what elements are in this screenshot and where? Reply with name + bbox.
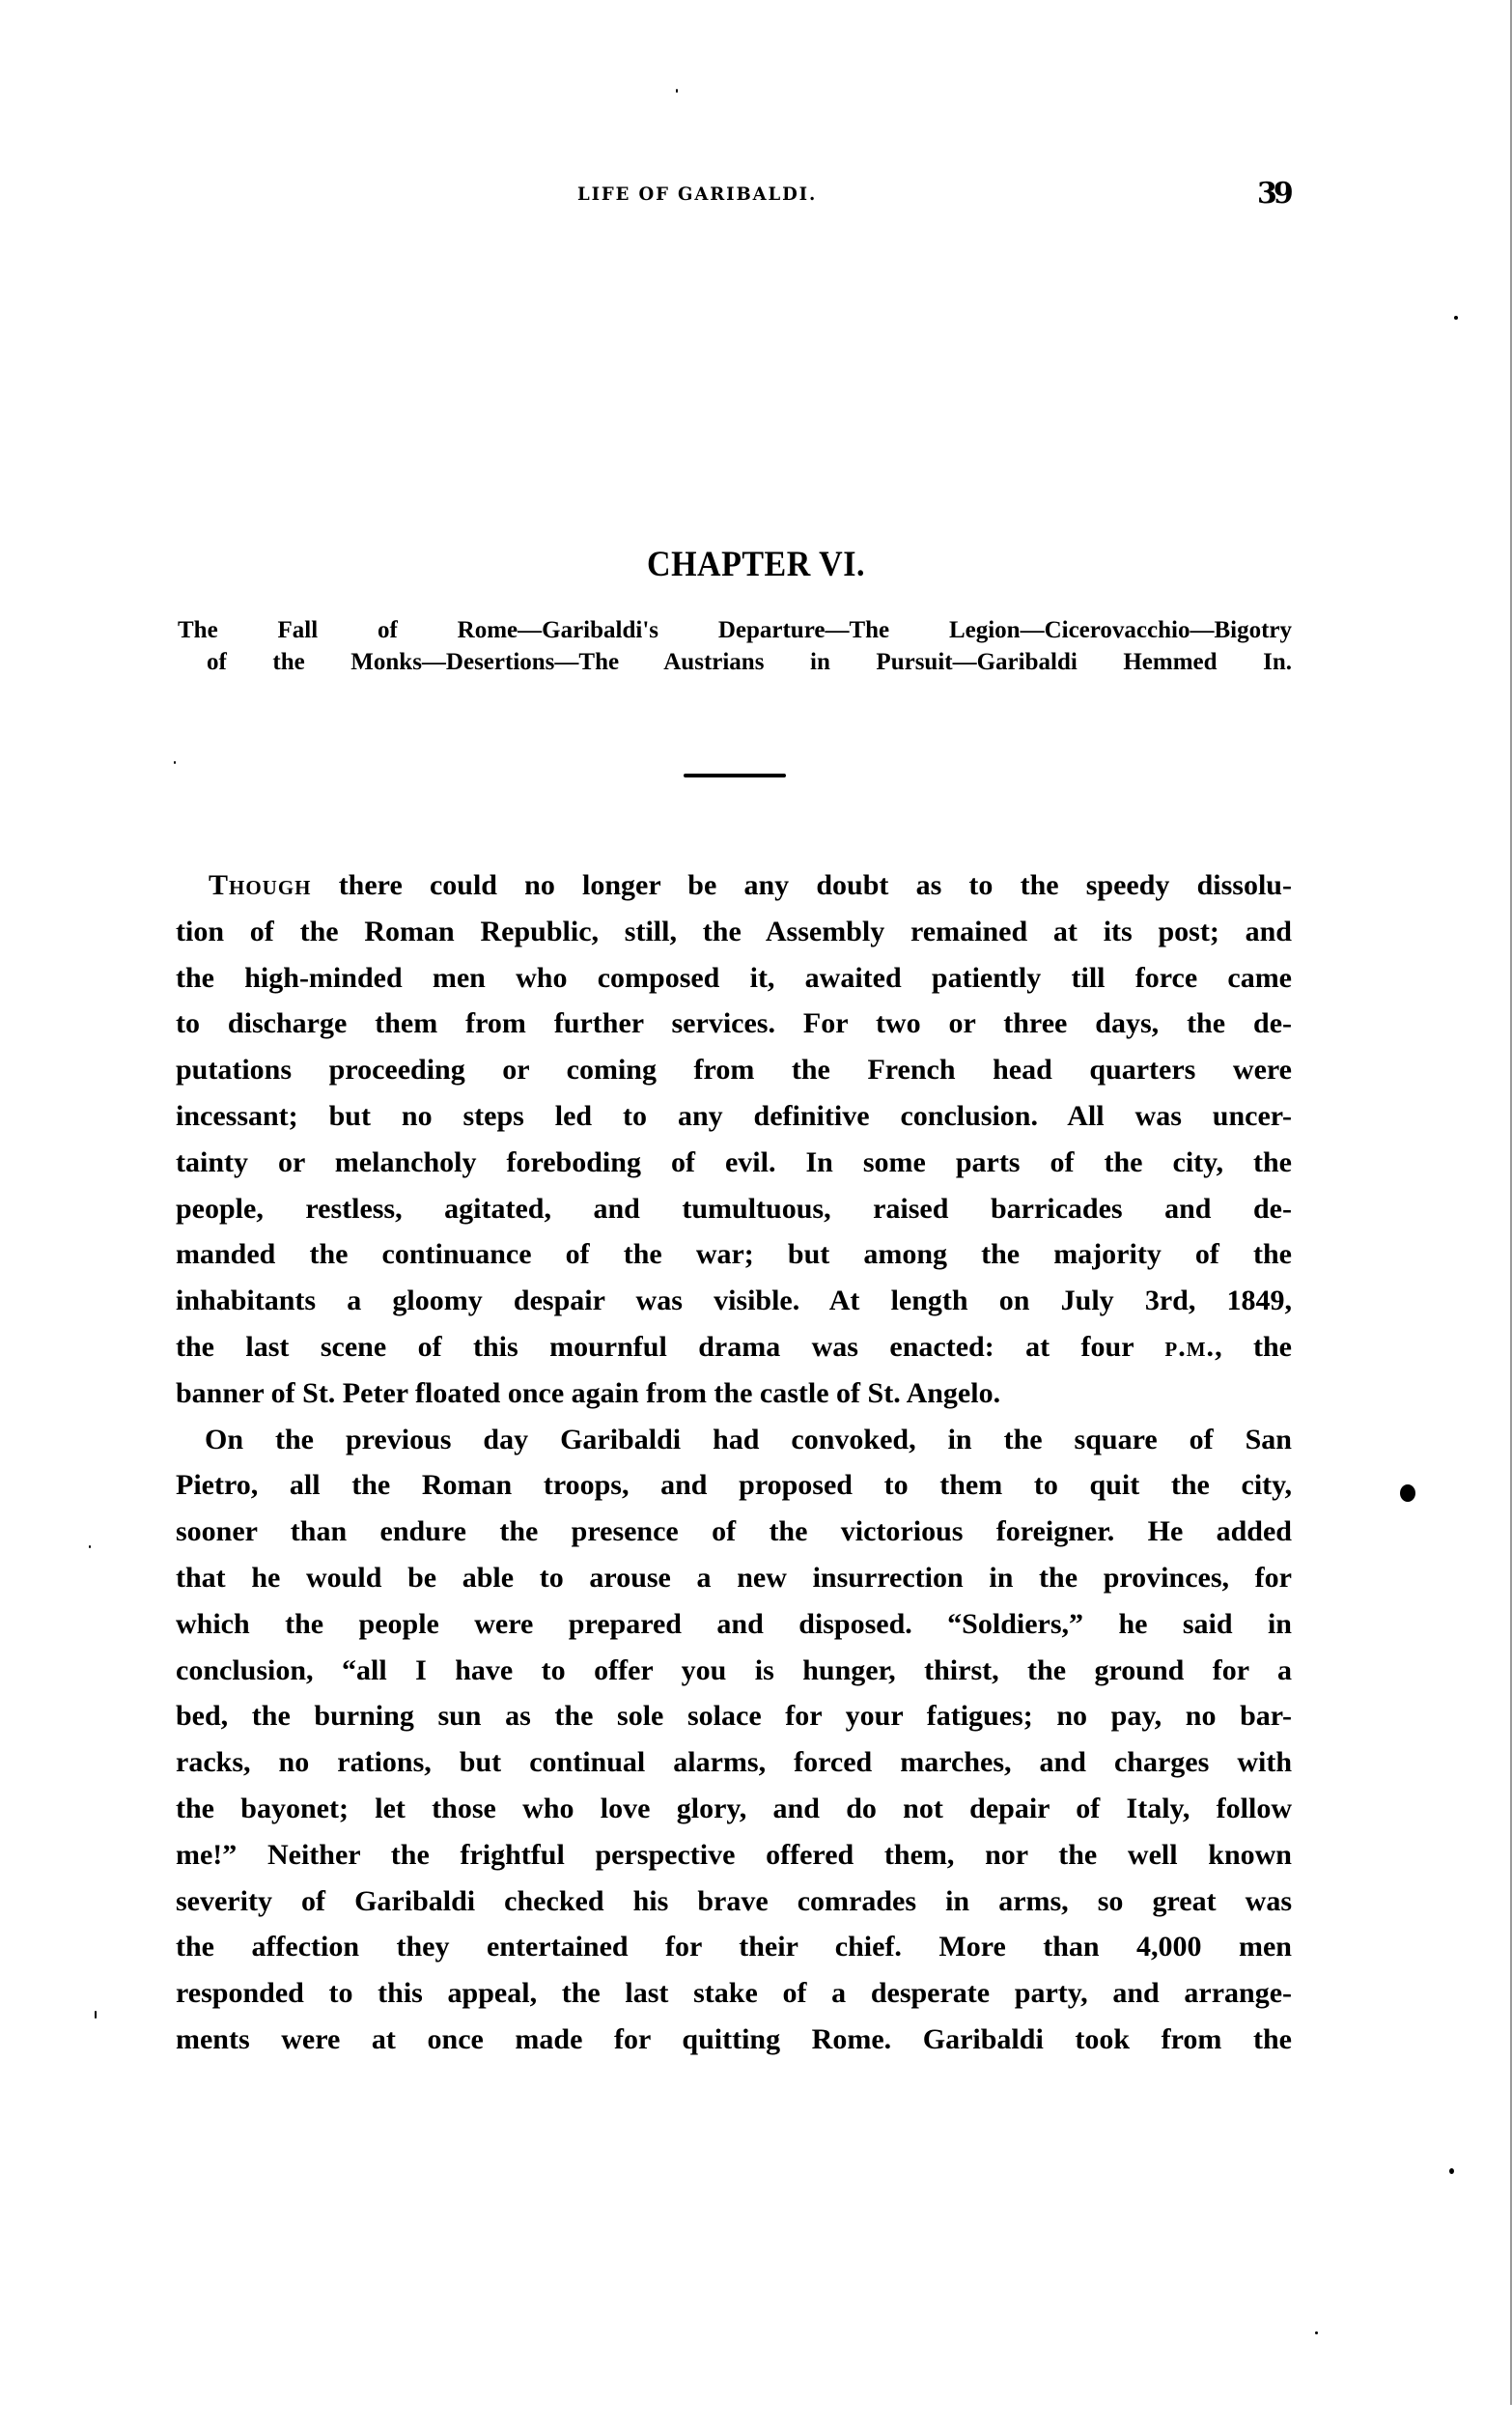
text-line: tion of the Roman Republic, still, the A…	[176, 909, 1292, 955]
scan-speck	[1400, 1484, 1415, 1502]
text-line: bed, the burning sun as the sole solace …	[176, 1693, 1292, 1739]
chapter-title: CHAPTER VI.	[0, 545, 1512, 584]
text-line: which the people were prepared and dispo…	[176, 1601, 1292, 1648]
text-line: the affection they entertained for their…	[176, 1924, 1292, 1970]
text-line: inhabitants a gloomy despair was visible…	[176, 1278, 1292, 1324]
drop-lead-word: Though	[209, 869, 312, 901]
chapter-summary-line: The Fall of Rome—Garibaldi's Departure—T…	[176, 614, 1292, 646]
text-line: that he would be able to arouse a new in…	[176, 1555, 1292, 1601]
text-line: putations proceeding or coming from the …	[176, 1047, 1292, 1093]
text-line: the bayonet; let those who love glory, a…	[176, 1786, 1292, 1832]
text-line: me!” Neither the frightful perspective o…	[176, 1832, 1292, 1878]
text-line: to discharge them from further services.…	[176, 1001, 1292, 1047]
scan-speck	[1454, 316, 1458, 320]
text-line: people, restless, agitated, and tumultuo…	[176, 1186, 1292, 1232]
scan-speck	[676, 89, 678, 93]
scan-speck	[95, 2011, 97, 2019]
scan-speck	[174, 761, 176, 764]
text-line: the high-minded men who composed it, awa…	[176, 955, 1292, 1002]
text-line: severity of Garibaldi checked his brave …	[176, 1878, 1292, 1925]
scan-speck	[89, 1545, 91, 1548]
text-line: manded the continuance of the war; but a…	[176, 1231, 1292, 1278]
text-line: On the previous day Garibaldi had convok…	[176, 1417, 1292, 1463]
text-line: racks, no rations, but continual alarms,…	[176, 1739, 1292, 1786]
text-line: responded to this appeal, the last stake…	[176, 1970, 1292, 2017]
text-line: ments were at once made for quitting Rom…	[176, 2017, 1292, 2063]
text-line: Pietro, all the Roman troops, and propos…	[176, 1462, 1292, 1509]
section-divider	[684, 774, 786, 777]
text-line: banner of St. Peter floated once again f…	[176, 1370, 1292, 1417]
time-abbrev: p.m.	[1164, 1331, 1215, 1363]
scan-speck	[1449, 2168, 1454, 2174]
chapter-summary: The Fall of Rome—Garibaldi's Departure—T…	[176, 614, 1292, 678]
body-text: Though there could no longer be any doub…	[176, 862, 1292, 2063]
text-line: Though there could no longer be any doub…	[176, 862, 1292, 909]
scan-speck	[1315, 2331, 1318, 2334]
text-line: tainty or melancholy foreboding of evil.…	[176, 1140, 1292, 1186]
text-line: conclusion, “all I have to offer you is …	[176, 1648, 1292, 1694]
text-line: sooner than endure the presence of the v…	[176, 1509, 1292, 1555]
chapter-summary-line: of the Monks—Desertions—The Austrians in…	[176, 646, 1292, 678]
text-line: the last scene of this mournful drama wa…	[176, 1324, 1292, 1370]
page-number: 39	[1257, 177, 1290, 211]
text-line: incessant; but no steps led to any defin…	[176, 1093, 1292, 1140]
running-head: LIFE OF GARIBALDI.	[577, 184, 817, 205]
